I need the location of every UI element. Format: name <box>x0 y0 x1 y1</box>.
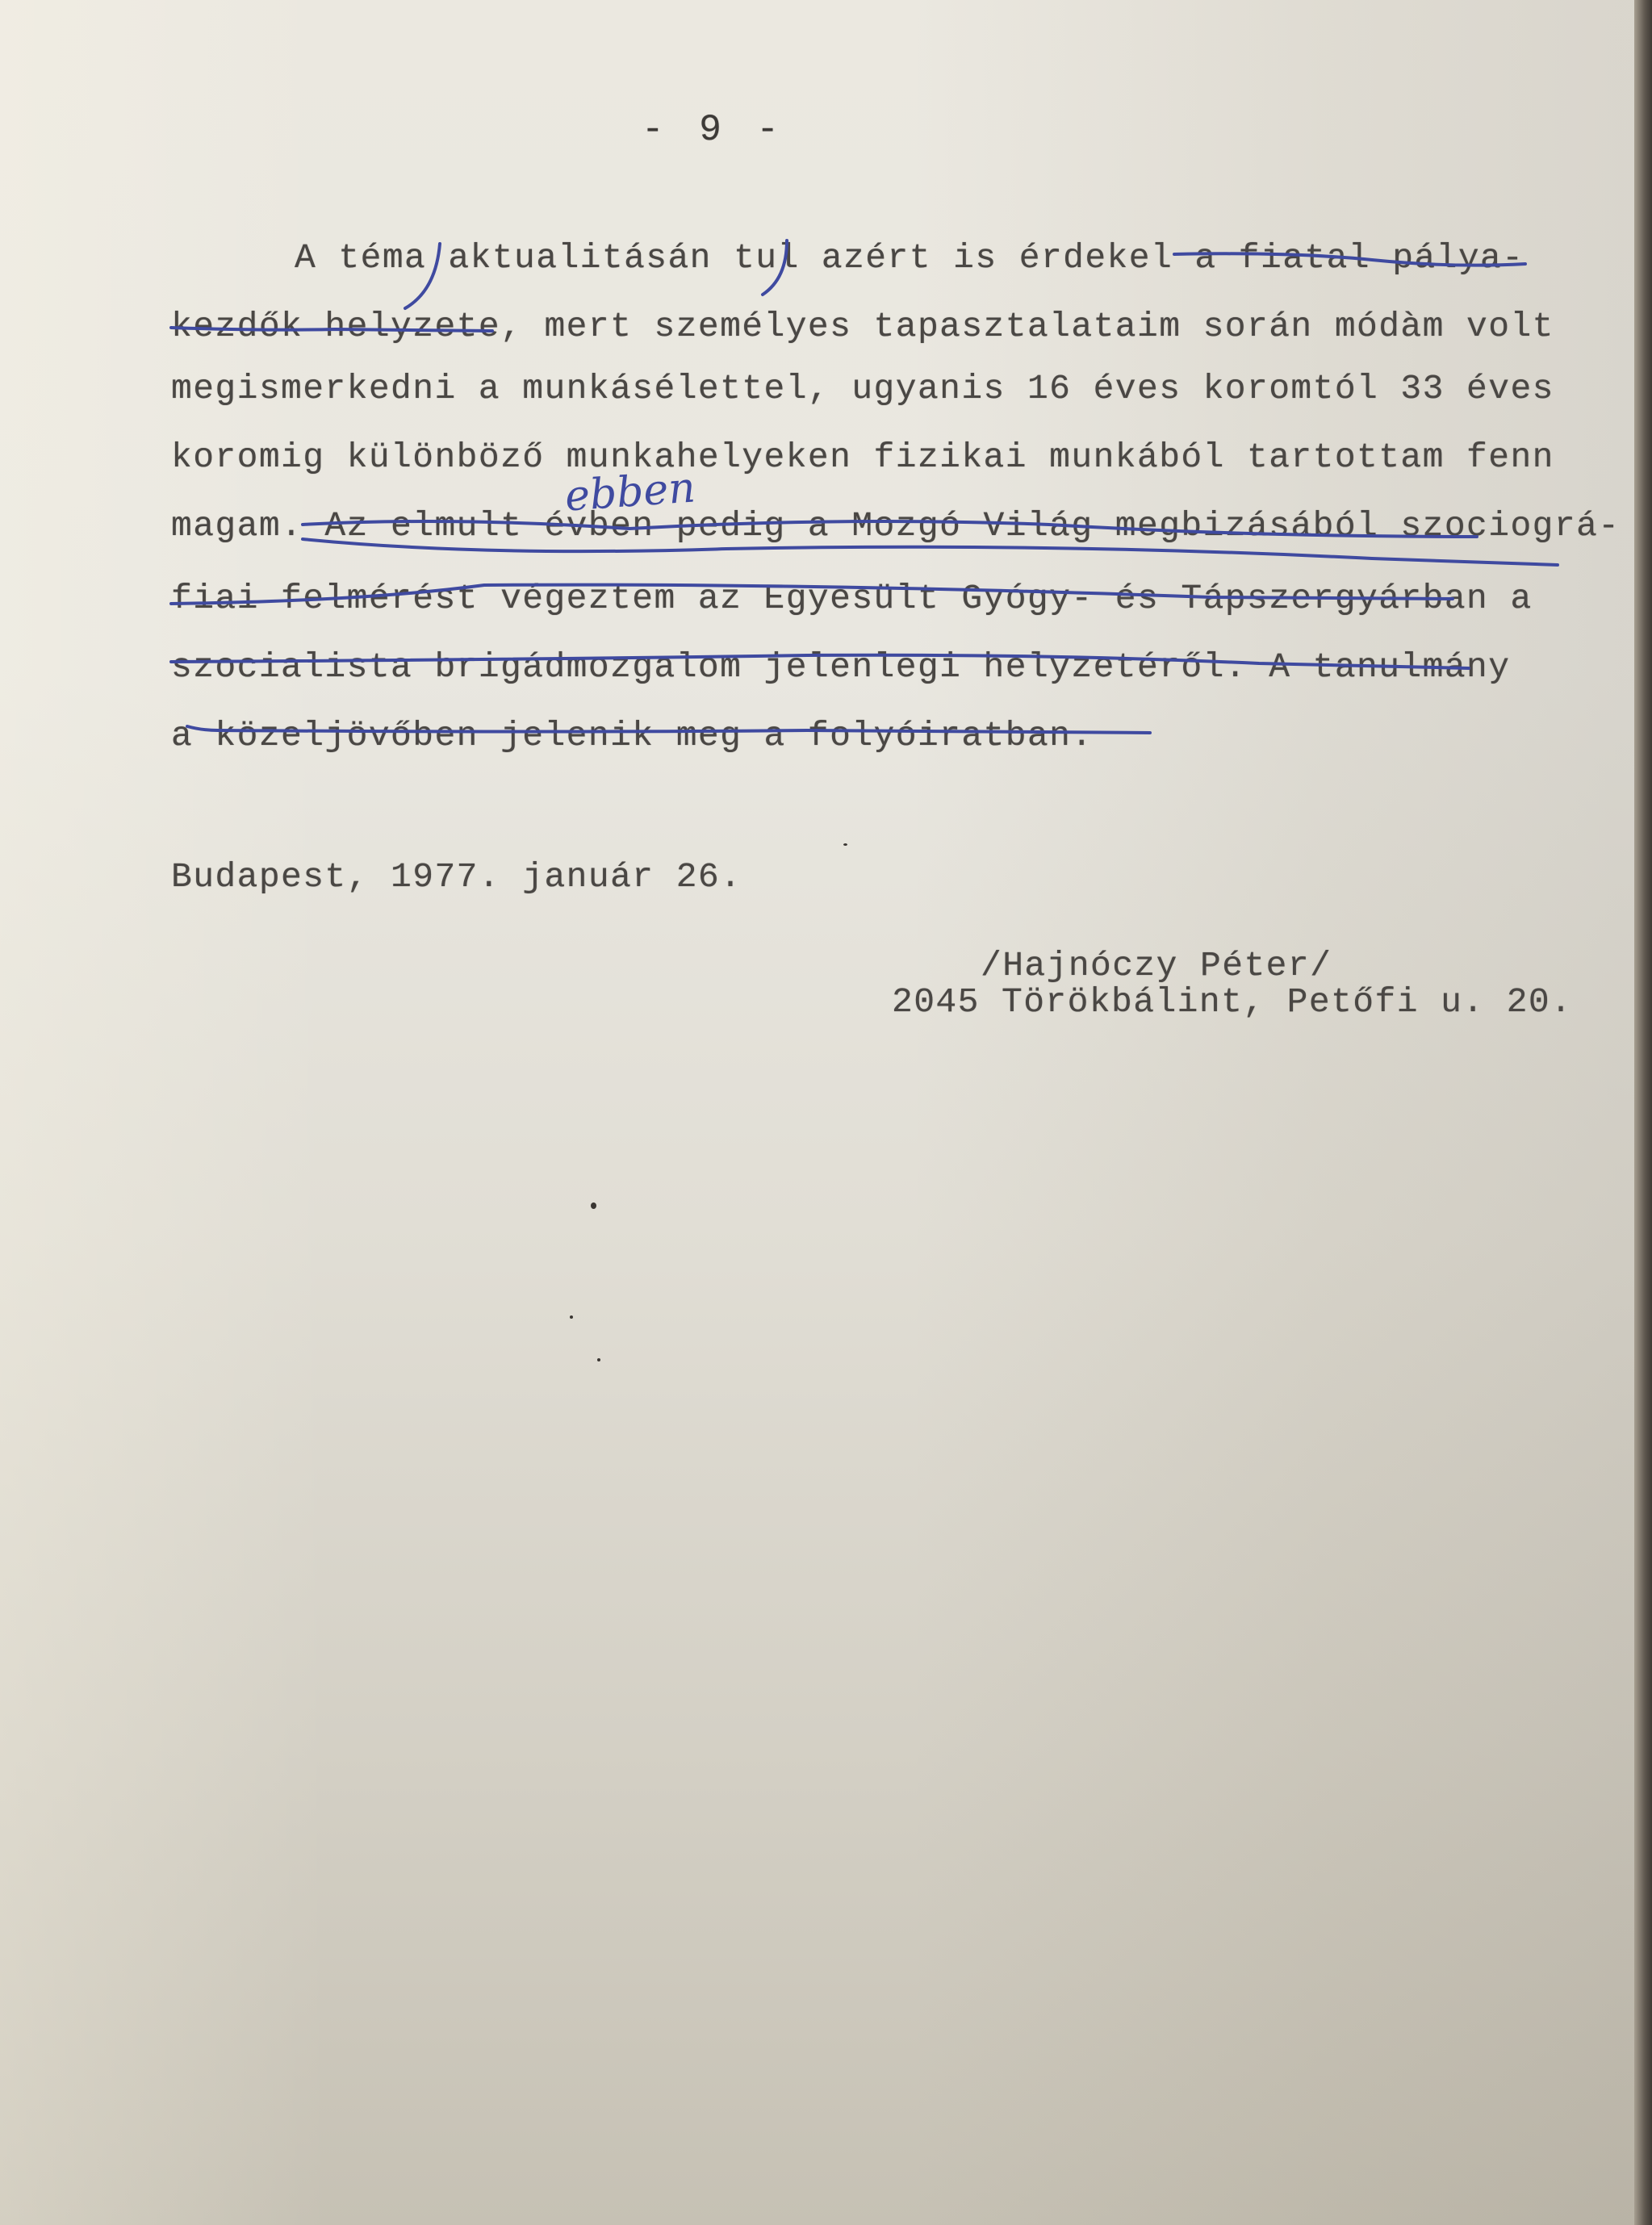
paper-speck <box>597 1358 600 1361</box>
page-number: - 9 - <box>642 111 785 148</box>
paragraph-line-4: koromig különböző munkahelyeken fizikai … <box>171 440 1554 475</box>
paragraph-line-6: fiai felmérést végeztem az Egyesült Gyóg… <box>171 581 1533 616</box>
paragraph-line-7: szocialista brigádmozgalom jelenlegi hel… <box>171 650 1510 684</box>
signature-address: 2045 Törökbálint, Petőfi u. 20. <box>892 985 1572 1019</box>
handwritten-insertion: ebben <box>563 463 696 521</box>
signature-name: /Hajnóczy Péter/ <box>981 948 1332 983</box>
paper-speck <box>843 843 847 846</box>
paragraph-line-2: kezdők helyzete, mert személyes tapaszta… <box>171 309 1554 344</box>
paragraph-line-8: a közeljövőben jelenik meg a folyóiratba… <box>171 718 1094 753</box>
page-edge-shadow <box>1634 0 1652 2225</box>
paragraph-line-1: A téma aktualitásán tul azért is érdekel… <box>295 240 1524 275</box>
paragraph-line-5: magam. Az elmult évben pedig a Mozgó Vil… <box>171 508 1620 543</box>
paper-speck <box>570 1315 573 1319</box>
paragraph-line-3: megismerkedni a munkásélettel, ugyanis 1… <box>171 371 1554 406</box>
date-line: Budapest, 1977. január 26. <box>171 859 742 894</box>
paper-speck <box>591 1202 596 1209</box>
